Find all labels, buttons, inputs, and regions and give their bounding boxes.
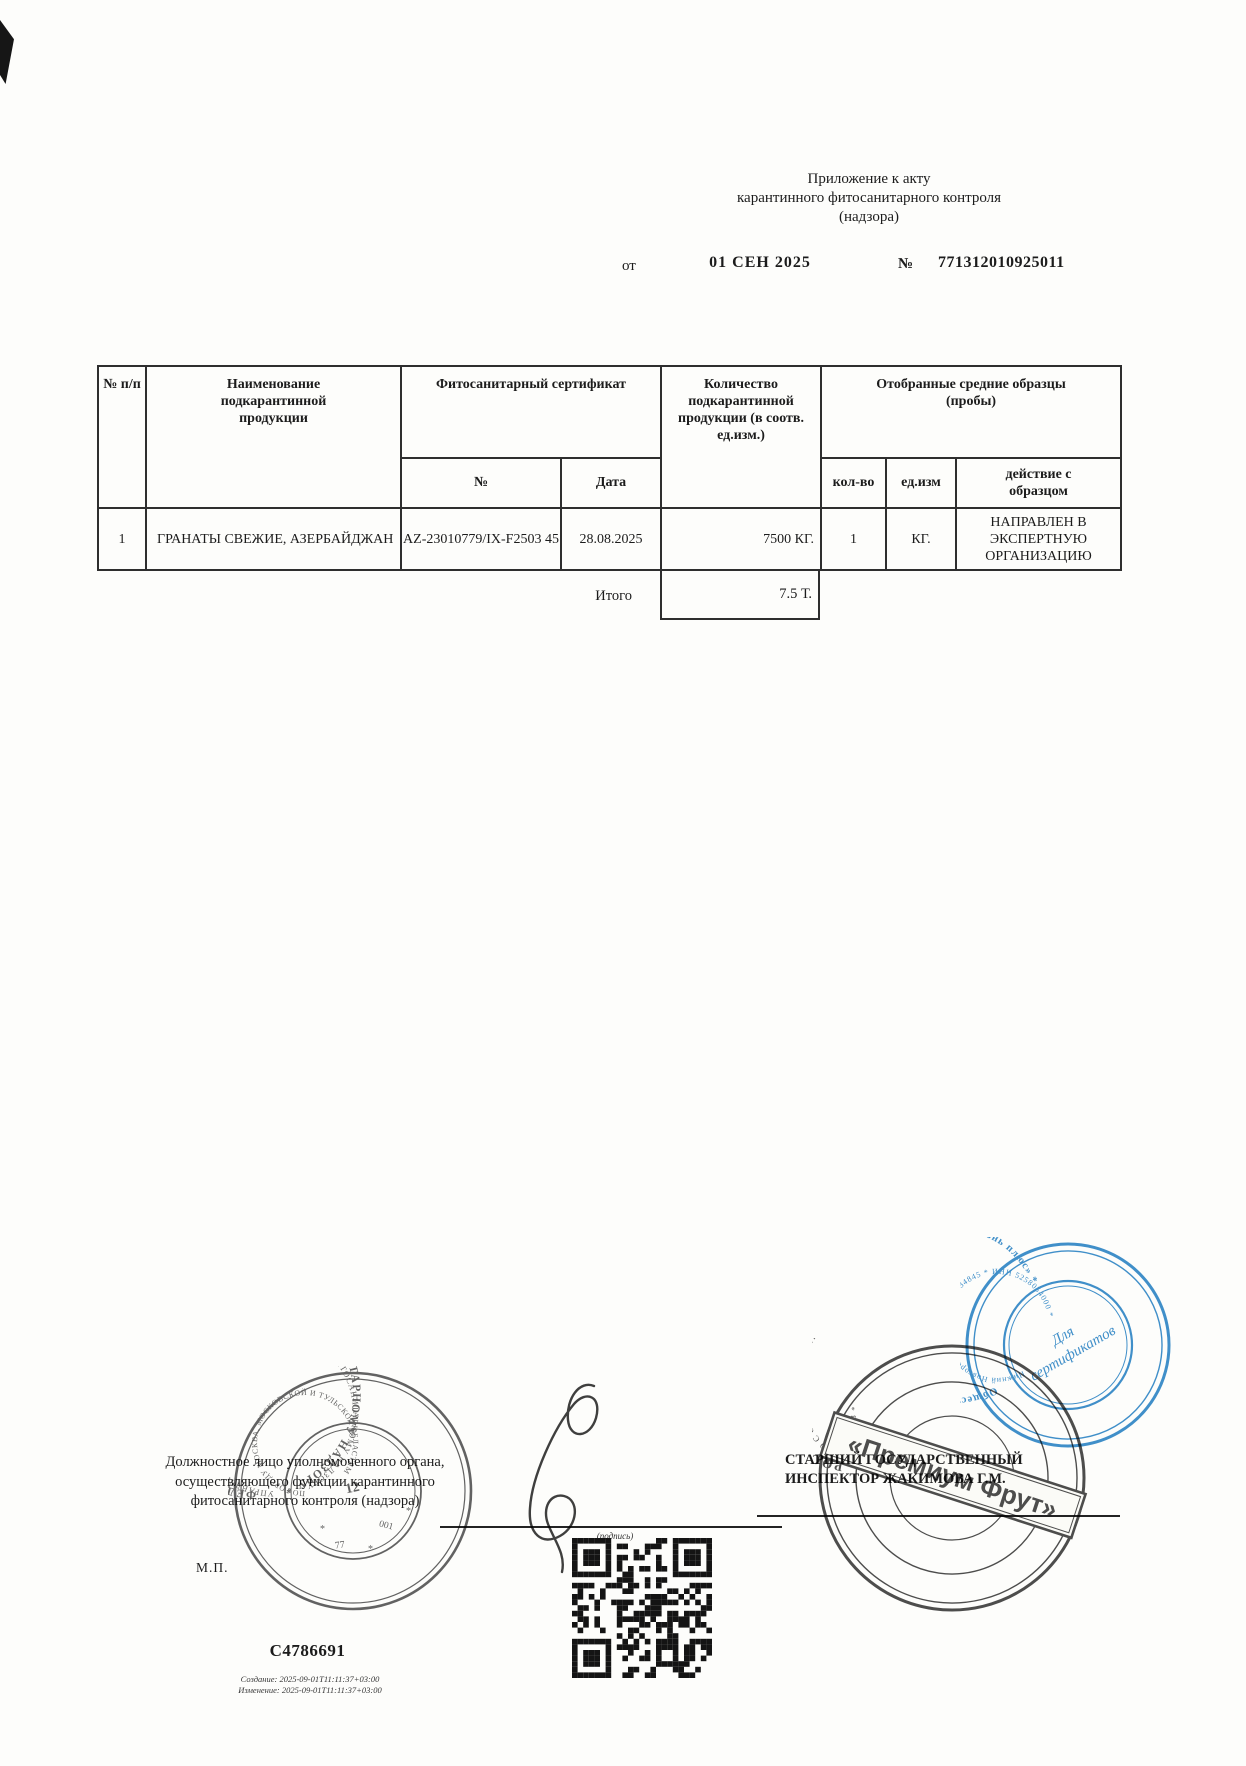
sweet-life-stamp: Общество с ограниченной ответственностью… [960,1237,1176,1453]
cell-cert-date: 28.08.2025 [561,508,661,570]
stamp-center-number: 12 [344,1480,361,1498]
svg-text:ФЕДЕРАЛЬНАЯ СЛУЖБА ПО ВЕТЕРИНА: ФЕДЕРАЛЬНАЯ СЛУЖБА ПО ВЕТЕРИНАРНОМУ И ФИ… [228,1366,362,1500]
subheader-cert-number: № [401,458,561,508]
total-value-box: 7.5 Т. [660,570,820,620]
cell-quantity: 7500 КГ. [661,508,821,570]
col-header-certificate: Фитосанитарный сертификат [401,366,661,458]
document-page: Приложение к акту карантинного фитосанит… [0,0,1246,1766]
title-line-3: (надзора) [623,208,1115,227]
svg-text:*: * [320,1524,325,1535]
svg-text:*: * [368,1544,373,1555]
stamp-region-number: 77 [334,1539,345,1551]
cell-product: ГРАНАТЫ СВЕЖИЕ, АЗЕРБАЙДЖАН [146,508,401,570]
subheader-sample-count: кол-во [821,458,886,508]
total-label: Итого [97,588,658,605]
signature-timestamps: Создание: 2025-09-01T11:11:37+03:00 Изме… [160,1674,460,1696]
svg-text:*: * [406,1506,411,1517]
created-timestamp: Создание: 2025-09-01T11:11:37+03:00 [160,1674,460,1685]
title-line-2: карантинного фитосанитарного контроля [623,189,1115,208]
cell-sample-count: 1 [821,508,886,570]
cell-sample-unit: КГ. [886,508,956,570]
cell-sample-action: НАПРАВЛЕН В ЭКСПЕРТНУЮ ОРГАНИЗАЦИЮ [956,508,1121,570]
stamp-ring-middle: УПРАВЛЕНИЕ ФЕДЕРАЛЬНОЙ СЛУЖБЫ ПО ВЕТЕРИН… [228,1366,361,1499]
table-row: 1 ГРАНАТЫ СВЕЖИЕ, АЗЕРБАЙДЖАН AZ-2301077… [98,508,1121,570]
cell-index: 1 [98,508,146,570]
rosselkhoznadzor-stamp: ФЕДЕРАЛЬНАЯ СЛУЖБА ПО ВЕТЕРИНАРНОМУ И ФИ… [228,1366,478,1616]
scan-artifact [0,20,14,84]
document-title: Приложение к акту карантинного фитосанит… [623,170,1115,227]
stamp-place-label: М.П. [196,1560,229,1576]
qr-code [572,1538,712,1678]
col-header-samples: Отобранные средние образцы (пробы) [821,366,1121,458]
number-sign: № [898,256,913,273]
col-header-product: Наименование подкарантинной продукции [146,366,401,508]
modified-timestamp: Изменение: 2025-09-01T11:11:37+03:00 [160,1685,460,1696]
from-label: от [622,258,636,275]
stamp-ring-outer: ФЕДЕРАЛЬНАЯ СЛУЖБА ПО ВЕТЕРИНАРНОМУ И ФИ… [228,1366,362,1500]
act-number: 771312010925011 [938,254,1123,272]
col-header-quantity: Количество подкарантинной продукции (в с… [661,366,821,508]
svg-text:Нижний Новгород * ОГРН 1045203: Нижний Новгород * ОГРН 1045203034845 * И… [960,1245,1078,1406]
title-line-1: Приложение к акту [623,170,1115,189]
date-stamp: 01 СЕН 2025 [695,254,825,272]
cell-cert-number: AZ-23010779/IX-F2503 45 [401,508,561,570]
subheader-sample-unit: ед.изм [886,458,956,508]
stamp-ring-inner: Нижний Новгород * ОГРН 1045203034845 * И… [960,1245,1078,1406]
total-value: 7.5 Т. [779,586,812,603]
col-header-index: № п/п [98,366,146,508]
products-table: № п/п Наименование подкарантинной продук… [97,365,1122,571]
stamp-bottom-number: 001 [378,1519,394,1532]
subheader-sample-action: действие с образцом [956,458,1121,508]
date-number-row: от 01 СЕН 2025 № 771312010925011 [0,254,1246,278]
subheader-cert-date: Дата [561,458,661,508]
document-code: C4786691 [225,1641,390,1661]
svg-text:УПРАВЛЕНИЕ ФЕДЕРАЛЬНОЙ СЛУЖБЫ: УПРАВЛЕНИЕ ФЕДЕРАЛЬНОЙ СЛУЖБЫ ПО ВЕТЕРИН… [228,1366,361,1499]
